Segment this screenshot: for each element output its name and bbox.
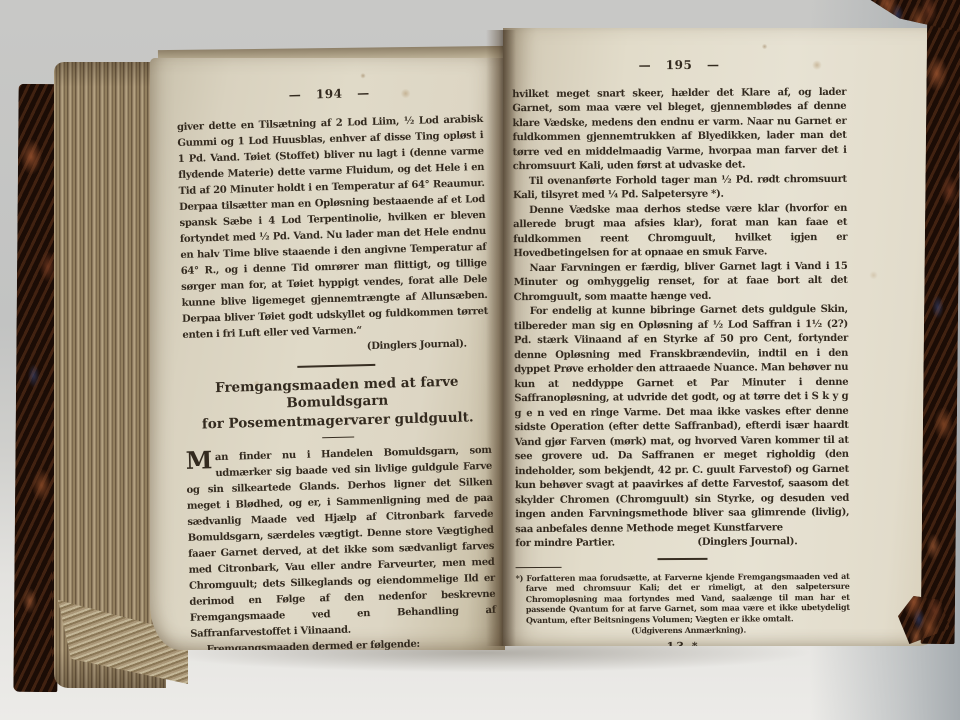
footnote-marker: *)	[516, 573, 524, 583]
left-page-text-block: — 194 — giver dette en Tilsætning af 2 L…	[176, 82, 498, 650]
left-page-number: — 194 —	[176, 82, 482, 106]
signature-mark: 13 *	[516, 638, 850, 646]
heading-separator-rule	[322, 436, 354, 438]
right-paragraph-5: For endelig at kunne bibringe Garnet det…	[514, 303, 850, 537]
section-separator-rule	[297, 364, 375, 368]
right-paragraph-1: hvilket meget snart skeer, hælder det Kl…	[512, 85, 847, 174]
drop-cap-initial: M	[186, 450, 213, 471]
footnote-text: Forfatteren maa forudsætte, at Farverne …	[523, 571, 850, 626]
left-main-paragraph-text: an finder nu i Handelen Bomuldsgarn, som…	[186, 445, 496, 640]
right-source-attribution: (Dinglers Journal).	[697, 535, 797, 550]
book-gutter-shadow	[486, 30, 516, 646]
right-paragraph-2: Til ovenanførte Forhold tager man ½ Pd. …	[513, 172, 847, 203]
closing-text: for mindre Partier.	[515, 536, 614, 551]
footnote-separator-rule	[516, 566, 562, 568]
footnote: *) Forfatteren maa forudsætte, at Farver…	[516, 571, 850, 626]
right-page-text-block: — 195 — hvilket meget snart skeer, hælde…	[512, 57, 850, 646]
right-cover-marbled-edge	[921, 0, 960, 644]
right-page: — 195 — hvilket meget snart skeer, hælde…	[503, 28, 939, 646]
closing-line: for mindre Partier. (Dinglers Journal).	[515, 535, 849, 552]
left-paragraph-continuation: giver dette en Tilsætning af 2 Lod Liim,…	[177, 112, 489, 344]
left-page: — 194 — giver dette en Tilsætning af 2 L…	[150, 58, 505, 650]
footnote-attribution: (Udgiverens Anmærkning).	[516, 623, 850, 636]
right-paragraph-4: Naar Farvningen er færdig, bliver Garnet…	[513, 259, 847, 305]
left-main-paragraph: Man finder nu i Handelen Bomuldsgarn, so…	[186, 443, 497, 643]
right-paragraph-3: Denne Vædske maa derhos stedse være klar…	[513, 201, 847, 261]
photo-of-open-book: { "colors": { "background_top": "#c8c8c6…	[0, 0, 960, 720]
right-page-number: — 195 —	[512, 57, 846, 74]
article-end-rule	[657, 557, 707, 559]
article-heading-line1: Fremgangsmaaden med at farve Bomuldsgarn	[184, 372, 491, 414]
